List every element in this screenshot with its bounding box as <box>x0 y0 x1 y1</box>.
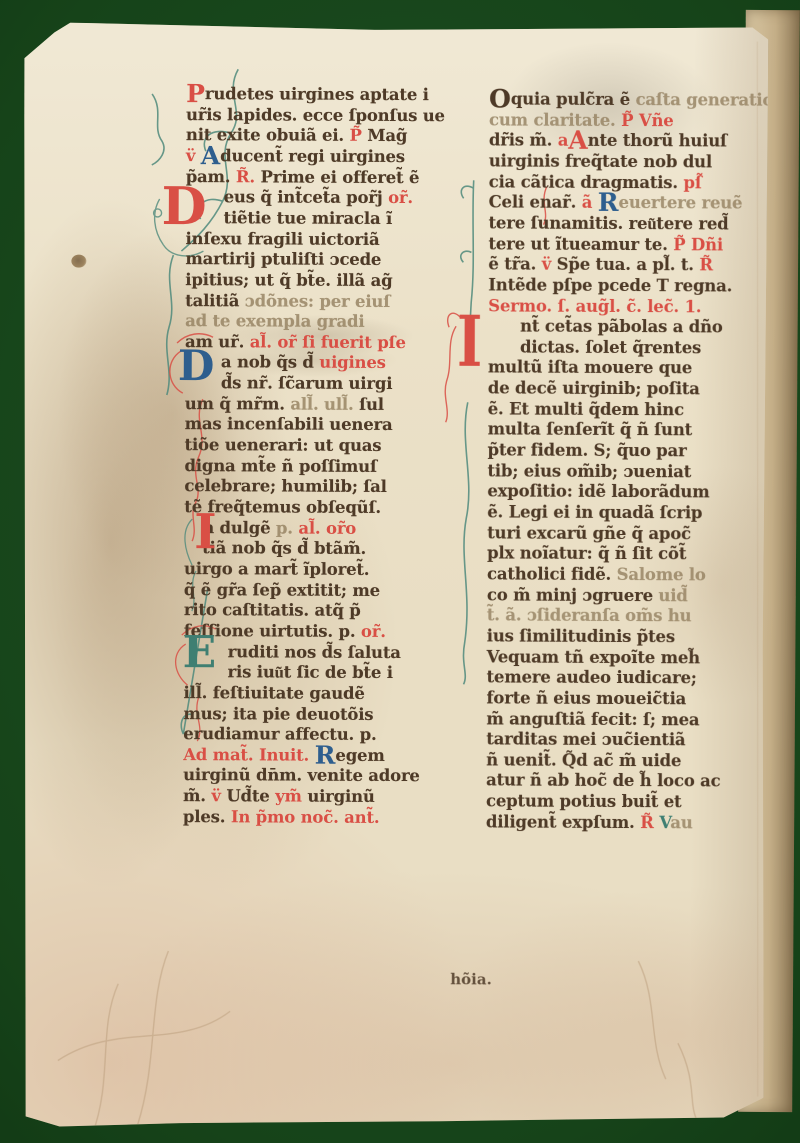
text-segment: erudiamur affectu. p. <box>183 724 376 744</box>
text-segment: ẽ tr̃a. <box>488 255 541 274</box>
text-segment: uirginũ <box>307 787 374 806</box>
text-segment: P̃ Dñi <box>673 235 723 254</box>
text-line: diligent̃ expſum. R̃ Vau <box>486 811 693 833</box>
text-segment: talitiã <box>185 291 245 310</box>
text-segment: atur ñ ab hoc̃ de h̃ loco ac <box>486 771 720 791</box>
text-segment: or̃. <box>361 622 386 641</box>
text-segment: ur̃is lapides. ecce ſponſus ue <box>186 105 445 125</box>
text-line: cia cãtica dragmatis. pſ̃ <box>489 171 702 193</box>
text-segment: all̃. ull̃. <box>290 394 359 413</box>
text-segment: Mag̃ <box>367 126 407 145</box>
text-segment: v̈ <box>186 146 201 165</box>
text-segment: ẽ. Legi ei in quadã ſcrip <box>487 502 702 522</box>
text-segment: cum claritate. <box>489 110 621 130</box>
text-line: p̃ter fidem. S; q̃uo par <box>488 439 687 461</box>
text-segment: cia cãtica dragmatis. <box>489 172 684 192</box>
text-line: ẽ. Et multi q̃dem hinc <box>488 398 684 420</box>
text-segment: ad te exempla gradi <box>185 311 364 331</box>
text-segment: R̃ <box>699 256 713 275</box>
text-segment: a <box>558 131 569 150</box>
text-segment: tarditas mei ɔuc̃ientiã <box>486 730 685 750</box>
text-segment: a nob q̃s d̃ <box>221 353 319 372</box>
text-line: Sermo. ſ. aug̃l. c̃. lec̃. 1. <box>488 295 701 317</box>
text-segment: ceptum potius buit̃ et <box>486 791 682 811</box>
text-line: dictas. ſolet q̃rentes <box>488 336 701 358</box>
text-segment: quia pulc̃ra ẽ <box>511 90 636 110</box>
text-segment: ples. <box>183 807 231 826</box>
text-segment: Salome lo <box>617 565 706 584</box>
text-line: catholici fidẽ. Salome lo <box>487 563 706 585</box>
text-line: uirgo a mart̃ ĩploret̃. <box>184 558 369 580</box>
text-line: rito caſtitatis. atq̃ p̃ <box>184 599 361 621</box>
text-segment: uirgo a mart̃ ĩploret̃. <box>184 559 369 579</box>
text-segment: tiẽtie tue miracla ĩ <box>224 208 393 228</box>
text-line: ius ſimilitudinis p̃tes <box>487 625 675 647</box>
text-segment: v̈ <box>542 255 557 274</box>
text-segment: de decẽ uirginib; poſita <box>488 379 700 399</box>
text-line: expoſitio: idẽ laborãdum <box>487 481 709 503</box>
text-line: t̃. ã. ɔſideranſa om̃s hu <box>487 605 692 627</box>
text-column-left: Prudetes uirgines aptate iur̃is lapides.… <box>183 83 472 850</box>
text-segment: R̃ <box>640 813 659 832</box>
text-segment: Intẽde pſpe pcede T regna. <box>488 275 732 295</box>
text-segment: pſ̃ <box>683 173 701 192</box>
text-line: um q̃ mr̃m. all̃. ull̃. ſul <box>185 393 384 415</box>
text-segment: co m̃ minj ɔgruere <box>487 585 659 605</box>
text-line: Oquia pulc̃ra ẽ caſta generatio <box>489 88 773 110</box>
text-segment: Celi enar̃. <box>489 193 582 212</box>
text-segment: or̃. <box>388 188 413 207</box>
text-line: d̃s nr̃. ſc̃arum uirgi <box>185 372 393 394</box>
text-line: erudiamur affectu. p. <box>183 723 376 745</box>
text-segment: expoſitio: idẽ laborãdum <box>487 482 709 502</box>
text-line: plx noĩatur: q̃ ñ ſit cõt̃ <box>487 543 686 565</box>
text-line: dr̃is m̃. aAnte thorũ huiuſ <box>489 130 727 152</box>
text-segment: digna mt̃e ñ poſſimuſ <box>184 456 376 476</box>
text-segment: ducent̃ regi uirgines <box>220 146 405 166</box>
text-segment: au <box>670 813 692 832</box>
text-line: ẽ tr̃a. v̈ Sp̃e tua. a pl̃. t. R̃ <box>488 254 713 276</box>
text-segment: Ud̃te <box>226 786 275 805</box>
text-segment: ñ uenit̃. Q̃d ac̃ m̃ uide <box>486 750 681 770</box>
text-segment: caſta generatio <box>635 90 773 110</box>
text-segment: plx noĩatur: q̃ ñ ſit cõt̃ <box>487 544 686 564</box>
text-line: de decẽ uirginib; poſita <box>488 378 700 400</box>
text-line: q̃ ẽ gr̃a ſep̃ extitit; me <box>184 579 380 601</box>
text-segment: tere ſunamitis. reu͂tere red̃ <box>489 213 729 233</box>
text-line: m̃. v̈ Ud̃te ym̃ uirginũ <box>183 785 375 807</box>
text-line: tere ut ĩtueamur te. P̃ Dñi <box>488 233 723 255</box>
text-line: nt̃ cet̃as pãbolas a dño <box>488 316 723 338</box>
text-segment: forte ñ eius moueic̃tia <box>486 688 686 708</box>
text-segment: P̃ Vñe <box>621 111 674 130</box>
text-segment: tib; eius om̃ib; ɔueniat <box>487 461 691 481</box>
text-segment: ill̃. feſtiuitate gaudẽ <box>183 683 364 703</box>
text-line: a nob q̃s d̃ uigines <box>185 352 386 374</box>
text-segment: al̃. or̃ ſi fuerit pſe <box>250 332 406 352</box>
text-line: ipitius; ut q̃ bt̃e. illã ag̃ <box>185 269 392 291</box>
text-line: talitiã ɔdõnes: per eiuſ <box>185 290 390 312</box>
text-line: eus q̃ int̃cet̃a por̃j or̃. <box>186 186 413 208</box>
text-segment: Vequam tñ expoĩte meh̃ <box>487 647 700 667</box>
text-line: digna mt̃e ñ poſſimuſ <box>184 455 376 477</box>
text-line: mas incenſabili uenera <box>185 413 393 435</box>
text-line: uirginis freq̃tate nob dul <box>489 150 712 172</box>
text-segment: t̃. ã. ɔſideranſa om̃s hu <box>487 606 692 626</box>
text-segment: ius ſimilitudinis p̃tes <box>487 626 675 646</box>
text-segment: dictas. ſolet q̃rentes <box>520 337 701 357</box>
text-line: Ad mat̃. Inuit. Regem <box>183 744 385 766</box>
text-line: ill̃. feſtiuitate gaudẽ <box>183 682 364 704</box>
text-segment: ris iuu͂t ſic de bt̃e i <box>228 662 393 682</box>
text-line: v̈ Aducent̃ regi uirgines <box>186 145 405 167</box>
text-line: co m̃ minj ɔgruere uid̃ <box>487 584 688 606</box>
text-segment: mus; ita pie deuotõis <box>183 704 373 724</box>
text-segment: multũ iſta mouere que <box>488 358 692 378</box>
text-line: celebrare; humilib; ſal <box>184 475 386 497</box>
text-line: m̃ anguſtiã fecit: ſ; mea <box>486 708 699 730</box>
illuminated-initial-inter-i: I <box>457 312 483 372</box>
manuscript-page: Prudetes uirgines aptate iur̃is lapides.… <box>20 22 769 1131</box>
text-segment: tere ut ĩtueamur te. <box>488 234 673 254</box>
text-segment: turi excarũ gñe q̃ apoc̃ <box>487 523 691 543</box>
text-segment: m̃ anguſtiã fecit: ſ; mea <box>486 709 699 729</box>
text-segment: Prime ei offeret̃ ẽ <box>261 167 420 187</box>
text-segment: ɔdõnes: per eiuſ <box>245 291 390 311</box>
text-line: tiẽtie tue miracla ĩ <box>186 207 393 229</box>
text-segment: v̈ <box>211 786 226 805</box>
text-line: ceptum potius buit̃ et <box>486 790 682 812</box>
text-segment: ym̃ <box>275 787 307 806</box>
text-segment: multa ſenſerĩt q̃ ñ ſunt <box>488 420 693 440</box>
text-segment: diligent̃ expſum. <box>486 812 640 832</box>
illuminated-initial-eruditi-e: E <box>183 634 217 672</box>
text-segment: ruditi nos d̃s ſaluta <box>228 642 401 662</box>
text-segment: inſexu fragili uictoriã <box>185 229 379 249</box>
text-line: forte ñ eius moueic̃tia <box>486 687 686 709</box>
text-segment: al̃. or̃o <box>298 518 356 537</box>
text-segment: mas incenſabili uenera <box>185 414 393 434</box>
text-segment: rudetes uirgines aptate i <box>205 84 429 104</box>
text-segment: V <box>659 813 670 832</box>
text-segment: q̃ ẽ gr̃a ſep̃ extitit; me <box>184 580 380 600</box>
text-segment: uirginis freq̃tate nob dul <box>489 151 712 171</box>
ink-stain-spot <box>71 255 86 268</box>
text-segment: Sermo. ſ. aug̃l. c̃. lec̃. 1. <box>488 296 701 316</box>
text-line: temere audeo iudicare; <box>487 667 697 689</box>
text-line: ur̃is lapides. ecce ſponſus ue <box>186 104 445 126</box>
text-line: ẽ. Legi ei in quadã ſcrip <box>487 501 702 523</box>
text-segment: dr̃is m̃. <box>489 131 558 150</box>
text-line: turi excarũ gñe q̃ apoc̃ <box>487 522 691 544</box>
text-line: multũ iſta mouere que <box>488 357 692 379</box>
text-segment: ipitius; ut q̃ bt̃e. illã ag̃ <box>185 270 392 290</box>
text-line: p̃am. R̃. Prime ei offeret̃ ẽ <box>186 166 420 188</box>
text-segment: Sp̃e tua. a pl̃. t. <box>557 255 700 275</box>
text-segment: tiõe uenerari: ut quas <box>185 435 382 455</box>
text-line: uirginũ dn̄m. venite adore <box>183 765 420 787</box>
text-segment: p̃ter fidem. S; q̃uo par <box>488 440 687 460</box>
text-line: Vequam tñ expoĩte meh̃ <box>487 646 700 668</box>
text-segment: m̃. <box>183 786 211 805</box>
text-line: multa ſenſerĩt q̃ ñ ſunt <box>488 419 693 441</box>
text-line: inſexu fragili uictoriã <box>185 228 379 250</box>
text-line: ñ uenit̃. Q̃d ac̃ m̃ uide <box>486 749 681 771</box>
catchword: hõia. <box>450 970 492 988</box>
text-segment: d̃s nr̃. ſc̃arum uirgi <box>221 373 393 393</box>
text-segment: uigines <box>319 353 386 372</box>
text-segment: nt̃ cet̃as pãbolas a dño <box>520 317 723 337</box>
text-line: Prudetes uirgines aptate i <box>186 83 429 105</box>
text-line: atur ñ ab hoc̃ de h̃ loco ac <box>486 770 720 792</box>
illuminated-initial-deus-d: D <box>162 185 207 229</box>
text-segment: eus q̃ int̃cet̃a por̃j <box>224 188 389 208</box>
text-segment: ſul <box>359 395 384 414</box>
text-segment: ẽ. Et multi q̃dem hinc <box>488 399 684 419</box>
text-segment: um q̃ mr̃m. <box>185 394 291 413</box>
text-segment: martirij ptuliſti ɔcede <box>185 249 381 269</box>
text-line: ples. In p̃mo noc̃. ant̃. <box>183 806 380 828</box>
text-segment: celebrare; humilib; ſal <box>184 476 386 496</box>
text-line: ad te exempla gradi <box>185 310 364 332</box>
text-segment: uirginũ dn̄m. venite adore <box>183 766 420 786</box>
text-segment: p. <box>276 518 299 537</box>
text-column-right: Oquia pulc̃ra ẽ caſta generatiocum clari… <box>486 88 775 855</box>
text-line: Celi enar̃. ã Reuertere reuẽ <box>489 192 743 214</box>
photograph-backdrop: { "palette":{ "ink":"#4e3a27", "faded":"… <box>0 0 800 1143</box>
text-segment: egem <box>335 746 384 765</box>
text-line: tiõe uenerari: ut quas <box>185 434 382 456</box>
text-segment: P̃ <box>349 126 367 145</box>
text-line: Intẽde pſpe pcede T regna. <box>488 274 732 296</box>
text-segment: R̃. <box>236 167 261 186</box>
text-line: tib; eius om̃ib; ɔueniat <box>487 460 691 482</box>
text-line: tarditas mei ɔuc̃ientiã <box>486 729 685 751</box>
text-segment: tiã nob q̃s d̃ btãm̃. <box>202 538 366 558</box>
text-segment: ã <box>582 193 598 212</box>
illuminated-initial-indulge-i: I <box>194 512 217 553</box>
text-line: am ur̃. al̃. or̃ ſi fuerit pſe <box>185 331 406 353</box>
text-line: mus; ita pie deuotõis <box>183 703 373 725</box>
text-segment: uid̃ <box>658 586 687 605</box>
illuminated-initial-da-d: D <box>178 348 215 384</box>
text-segment: rito caſtitatis. atq̃ p̃ <box>184 600 361 620</box>
text-line: tere ſunamitis. reu͂tere red̃ <box>489 212 729 234</box>
text-segment: temere audeo iudicare; <box>487 668 697 688</box>
text-segment: nte thorũ huiuſ <box>588 131 727 151</box>
text-line: martirij ptuliſti ɔcede <box>185 248 381 270</box>
text-segment: catholici fidẽ. <box>487 564 617 584</box>
text-segment: Ad mat̃. Inuit. <box>183 745 315 765</box>
text-segment: euertere reuẽ <box>619 193 743 213</box>
text-segment: In p̃mo noc̃. ant̃. <box>231 807 380 827</box>
